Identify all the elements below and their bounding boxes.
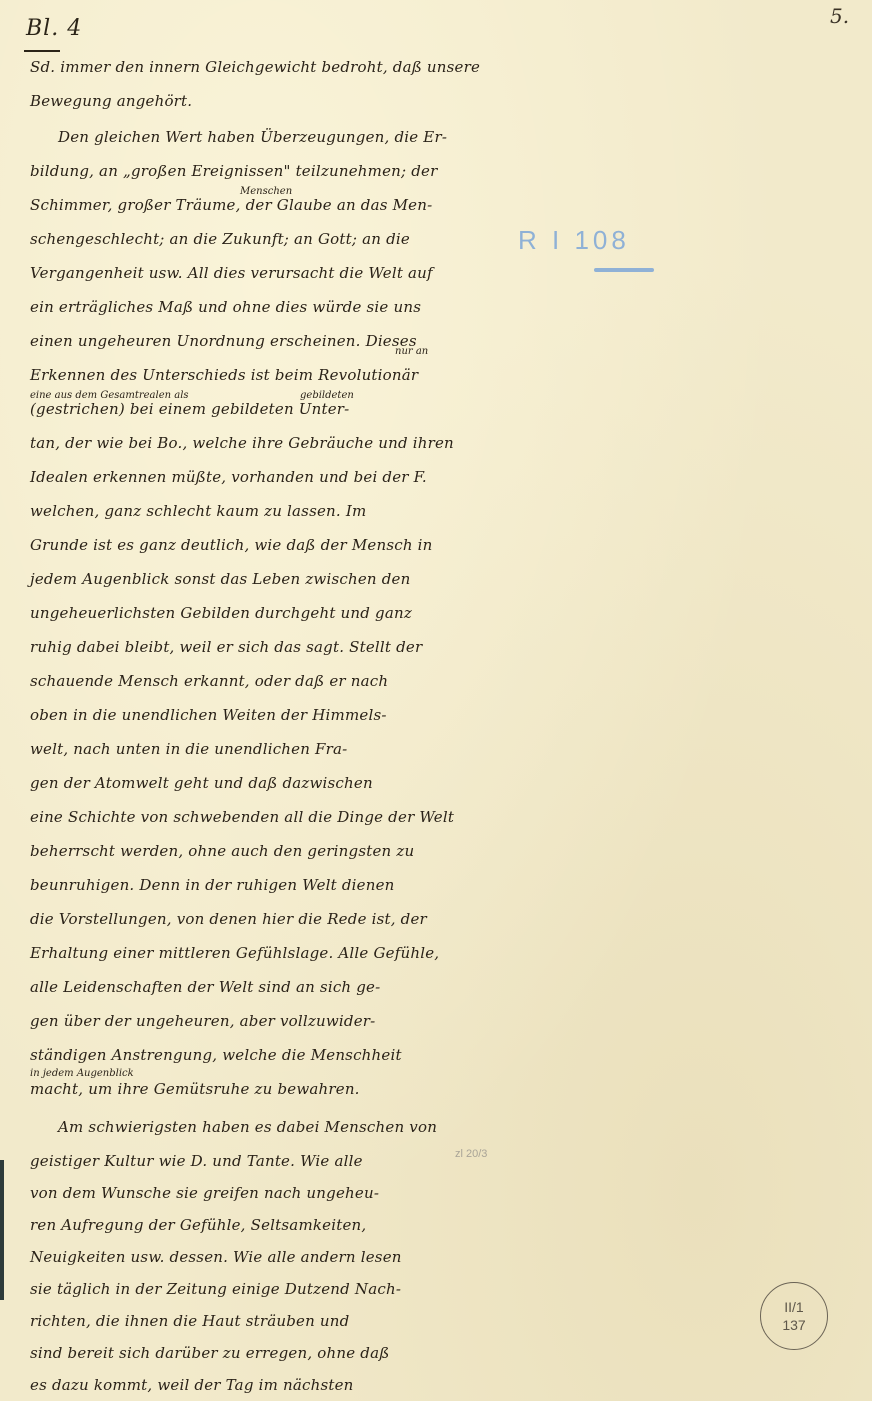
interlinear-note: in jedem Augenblick	[30, 1068, 134, 1079]
text-line: einen ungeheuren Unordnung erscheinen. D…	[30, 332, 417, 350]
text-line: gen der Atomwelt geht und daß dazwischen	[30, 774, 373, 792]
text-line: ständigen Anstrengung, welche die Mensch…	[30, 1046, 402, 1064]
text-line: oben in die unendlichen Weiten der Himme…	[30, 706, 387, 724]
page-number: 5.	[830, 4, 849, 28]
text-line: richten, die ihnen die Haut sträuben und	[30, 1312, 349, 1330]
interlinear-note: gebildeten	[300, 390, 354, 401]
text-line: welt, nach unten in die unendlichen Fra-	[30, 740, 347, 758]
text-line: ruhig dabei bleibt, weil er sich das sag…	[30, 638, 422, 656]
text-line: Neuigkeiten usw. dessen. Wie alle andern…	[30, 1248, 402, 1266]
text-line: sie täglich in der Zeitung einige Dutzen…	[30, 1280, 401, 1298]
text-line: Erhaltung einer mittleren Gefühlslage. A…	[30, 944, 439, 962]
text-line: Den gleichen Wert haben Überzeugungen, d…	[58, 128, 447, 146]
interlinear-note: nur an	[395, 346, 428, 357]
interlinear-note: Menschen	[240, 186, 292, 197]
text-line: Am schwierigsten haben es dabei Menschen…	[58, 1118, 437, 1136]
text-line: es dazu kommt, weil der Tag im nächsten	[30, 1376, 354, 1394]
text-line: Erkennen des Unterschieds ist beim Revol…	[30, 366, 418, 384]
text-line: die Vorstellungen, von denen hier die Re…	[30, 910, 427, 928]
text-line: tan, der wie bei Bo., welche ihre Gebräu…	[30, 434, 454, 452]
text-line: schauende Mensch erkannt, oder daß er na…	[30, 672, 388, 690]
interlinear-note: eine aus dem Gesamtrealen als	[30, 390, 189, 401]
folio-stamp: II/1 137	[760, 1282, 828, 1350]
text-line: schengeschlecht; an die Zukunft; an Gott…	[30, 230, 410, 248]
text-line: jedem Augenblick sonst das Leben zwische…	[30, 570, 410, 588]
text-line: von dem Wunsche sie greifen nach ungeheu…	[30, 1184, 379, 1202]
text-line: Sd. immer den innern Gleichgewicht bedro…	[30, 58, 480, 76]
text-line: alle Leidenschaften der Welt sind an sic…	[30, 978, 380, 996]
text-line: beherrscht werden, ohne auch den gerings…	[30, 842, 414, 860]
text-line: ungeheuerlichsten Gebilden durchgeht und…	[30, 604, 412, 622]
archive-signature-underline	[594, 268, 654, 272]
page-heading: Bl. 4	[26, 16, 82, 41]
text-line: Schimmer, großer Träume, der Glaube an d…	[30, 196, 432, 214]
text-line: geistiger Kultur wie D. und Tante. Wie a…	[30, 1152, 363, 1170]
heading-underline	[24, 50, 60, 52]
text-line: (gestrichen) bei einem gebildeten Unter-	[30, 400, 349, 418]
text-line: Vergangenheit usw. All dies verursacht d…	[30, 264, 433, 282]
text-line: ren Aufregung der Gefühle, Seltsamkeiten…	[30, 1216, 366, 1234]
text-line: Idealen erkennen müßte, vorhanden und be…	[30, 468, 427, 486]
folio-stamp-line1: II/1	[784, 1298, 803, 1316]
folio-stamp-line2: 137	[782, 1316, 805, 1334]
text-line: gen über der ungeheuren, aber vollzuwide…	[30, 1012, 375, 1030]
text-line: ein erträgliches Maß und ohne dies würde…	[30, 298, 421, 316]
text-line: Grunde ist es ganz deutlich, wie daß der…	[30, 536, 433, 554]
text-line: Bewegung angehört.	[30, 92, 192, 110]
text-line: welchen, ganz schlecht kaum zu lassen. I…	[30, 502, 366, 520]
pencil-annotation: zl 20/3	[455, 1148, 487, 1160]
manuscript-page: 5. Bl. 4 R I 108 zl 20/3 II/1 137 Sd. im…	[0, 0, 872, 1401]
text-line: beunruhigen. Denn in der ruhigen Welt di…	[30, 876, 395, 894]
text-line: bildung, an „großen Ereignissen" teilzun…	[30, 162, 437, 180]
text-line: sind bereit sich darüber zu erregen, ohn…	[30, 1344, 389, 1362]
text-line: macht, um ihre Gemütsruhe zu bewahren.	[30, 1080, 360, 1098]
archive-signature: R I 108	[518, 225, 630, 256]
binding-edge	[0, 1160, 4, 1300]
text-line: eine Schichte von schwebenden all die Di…	[30, 808, 454, 826]
